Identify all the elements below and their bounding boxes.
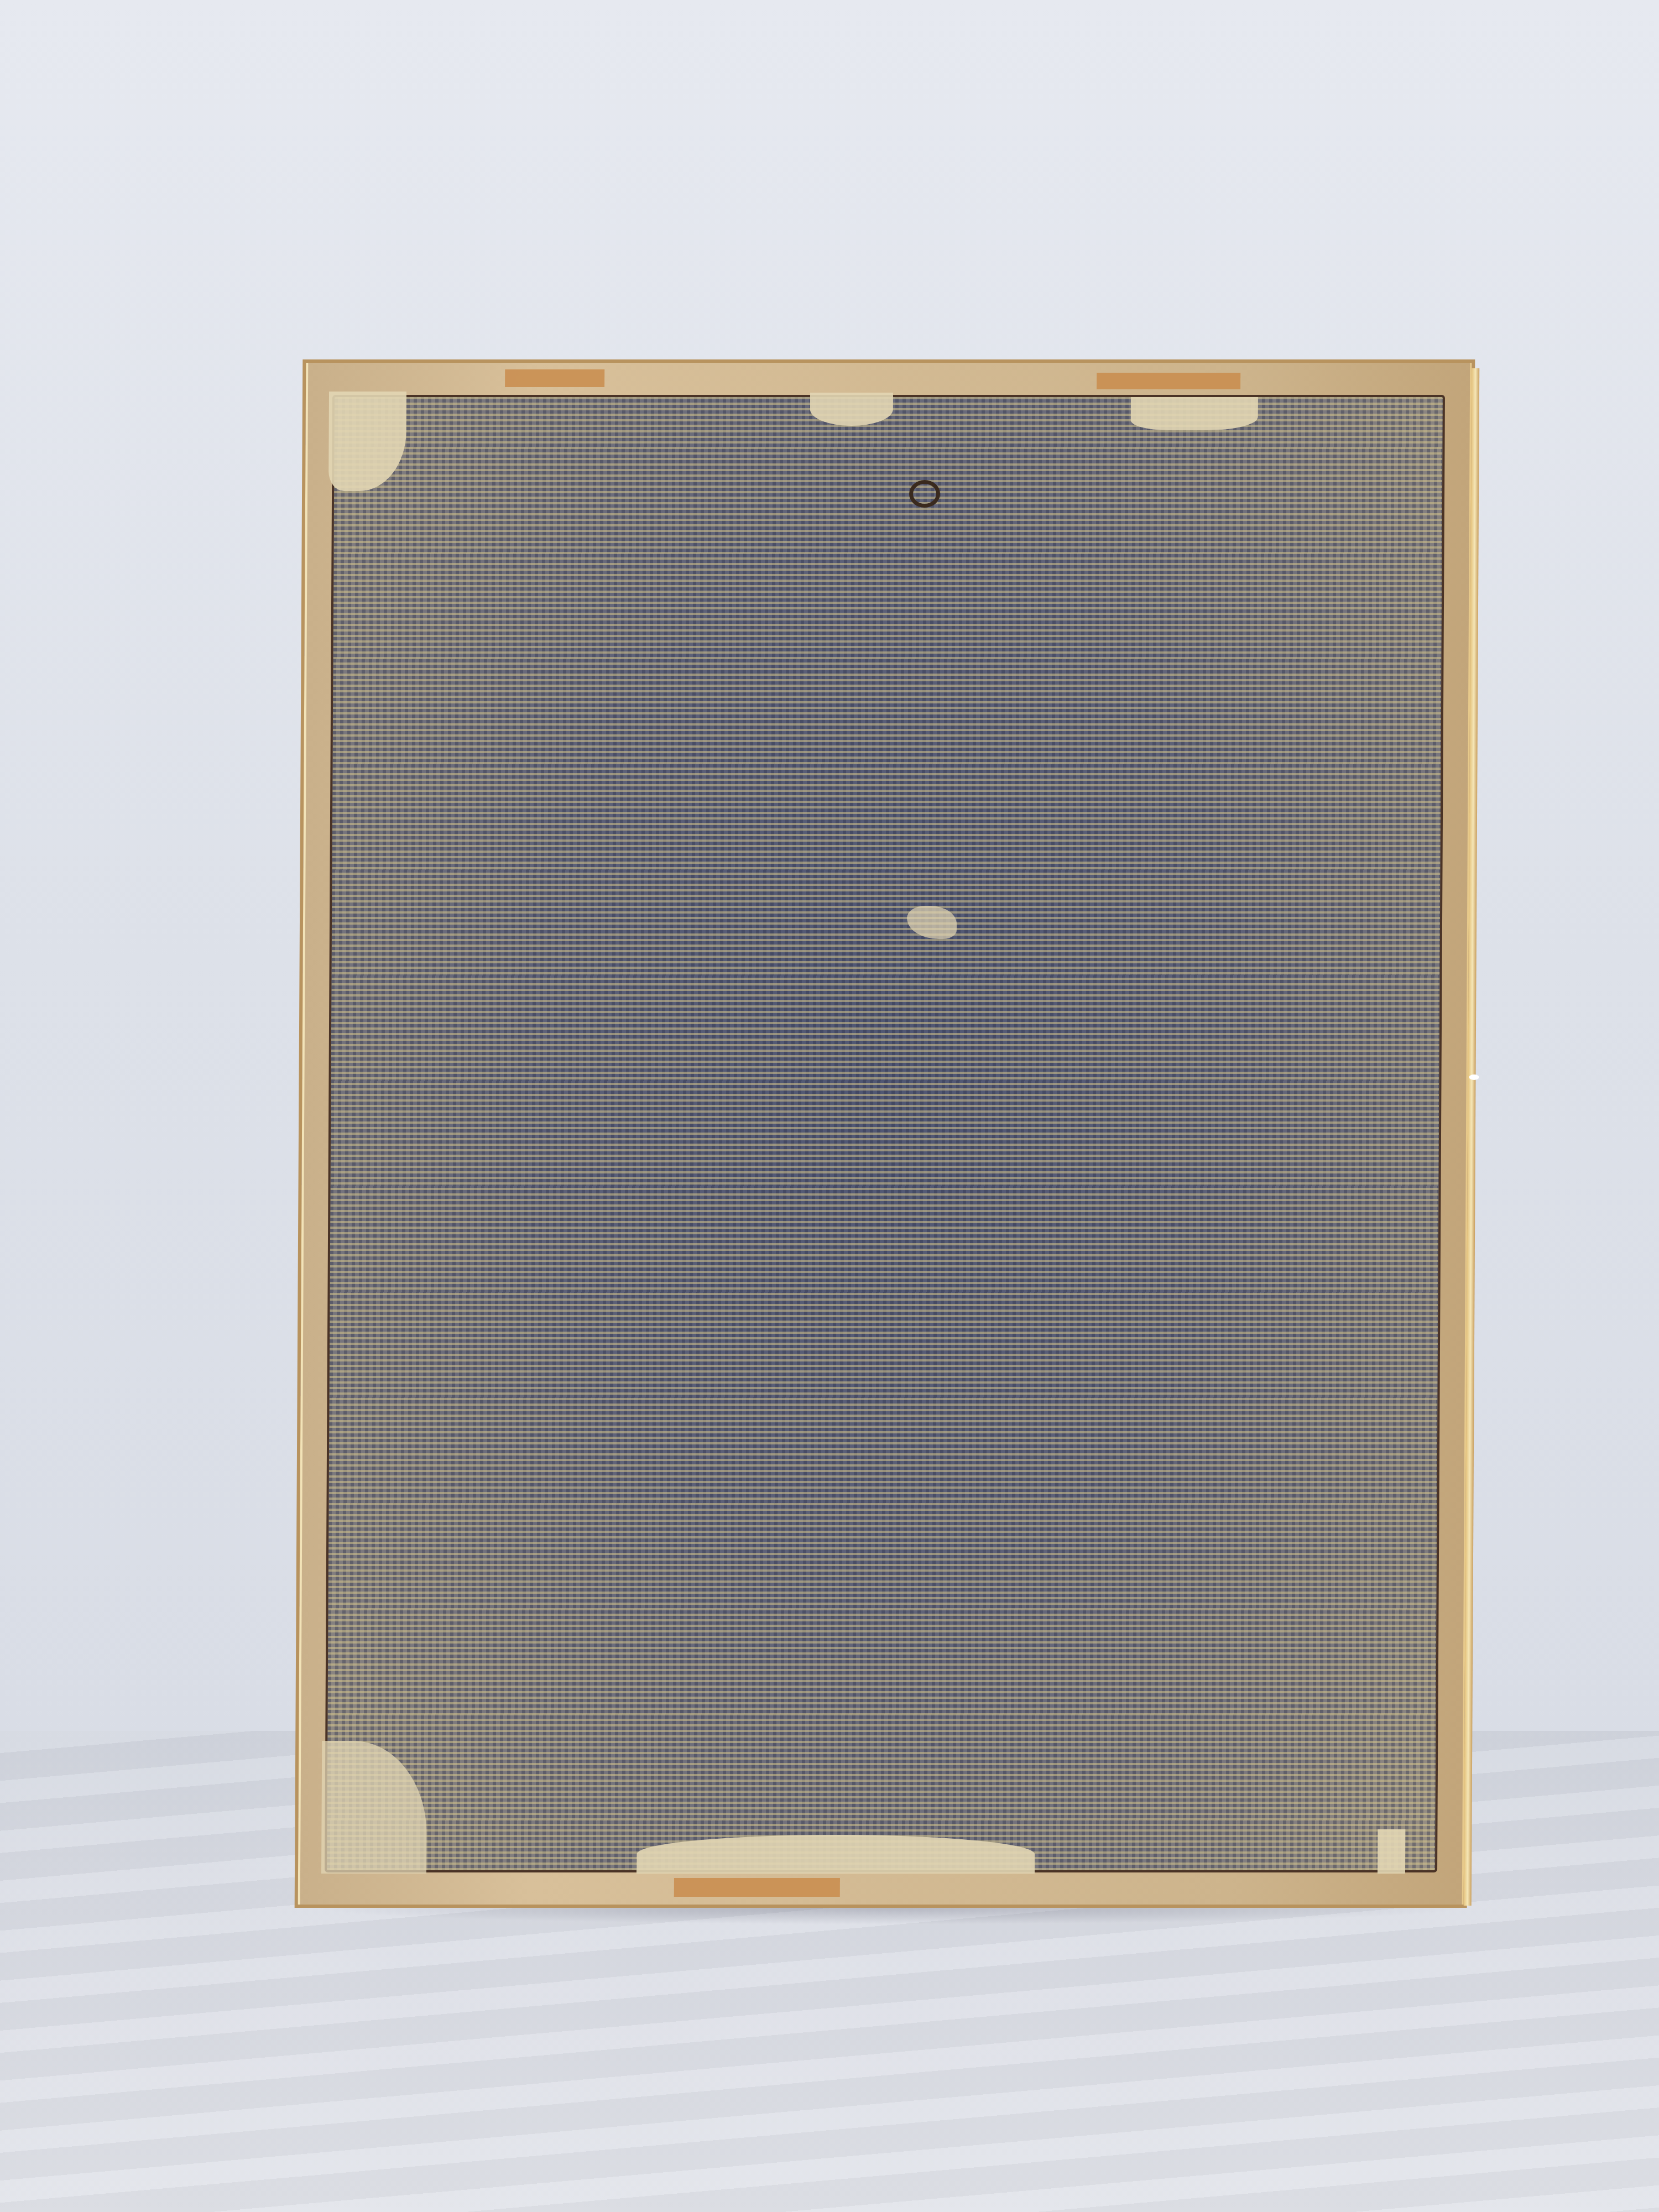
scuff-mark-center bbox=[907, 906, 957, 939]
fabric-backing-board bbox=[325, 395, 1445, 1872]
orange-tape-bottom bbox=[674, 1878, 840, 1897]
orange-tape-top-right bbox=[1097, 373, 1240, 389]
hanging-ring-icon bbox=[909, 480, 940, 508]
peeled-paper-bottom-right bbox=[1378, 1829, 1405, 1874]
light-glint bbox=[1469, 1074, 1479, 1080]
orange-tape-top-left bbox=[505, 369, 604, 387]
picture-frame-back bbox=[295, 359, 1475, 1908]
peeled-paper-top-right bbox=[1131, 397, 1258, 430]
peeled-paper-top-left bbox=[328, 392, 406, 491]
peeled-paper-top-center bbox=[810, 393, 893, 426]
peeled-paper-bottom-left bbox=[321, 1741, 427, 1874]
peeled-paper-bottom-center bbox=[637, 1835, 1035, 1874]
